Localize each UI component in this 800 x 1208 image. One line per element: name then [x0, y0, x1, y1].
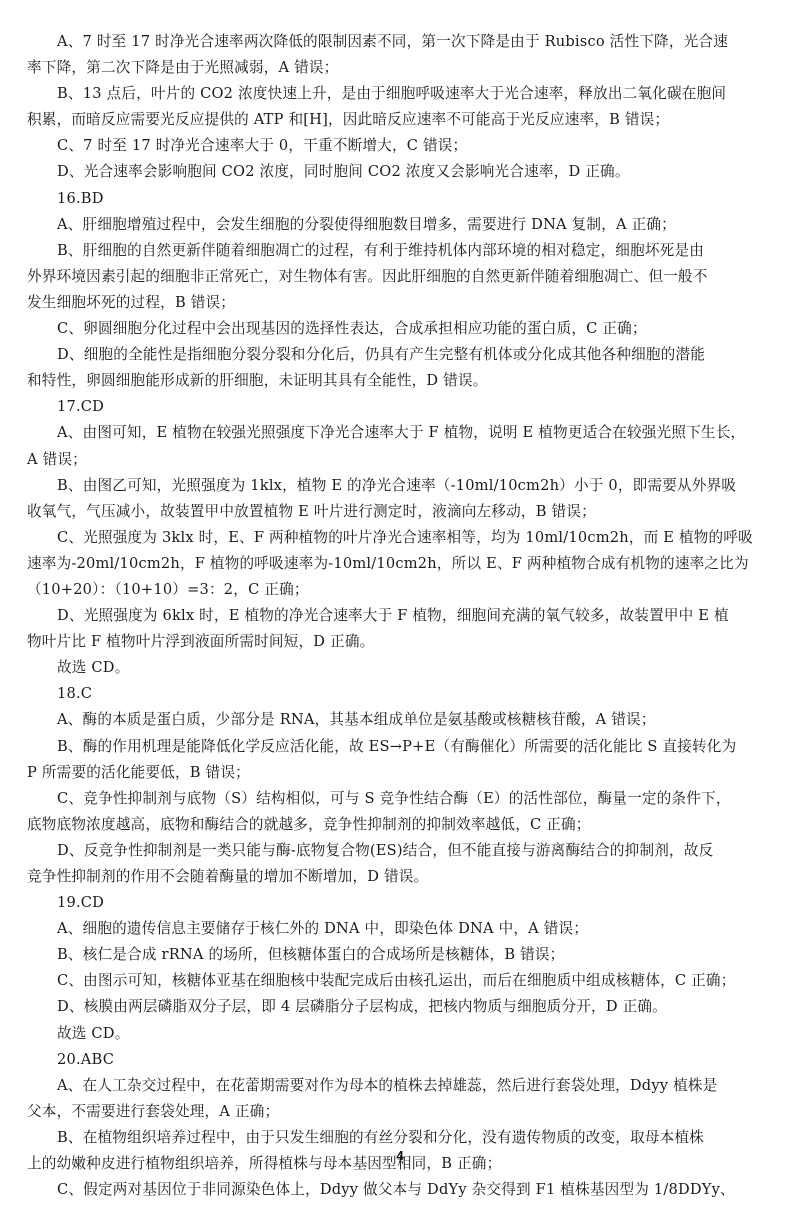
text-line: 17.CD [27, 394, 773, 420]
text-line: A 错误； [27, 447, 773, 473]
text-line: 收氧气，气压减小，故装置甲中放置植物 E 叶片进行测定时，液滴向左移动，B 错误… [27, 499, 773, 525]
text-line: 19.CD [27, 890, 773, 916]
text-line: B、肝细胞的自然更新伴随着细胞凋亡的过程，有利于维持机体内部环境的相对稳定，细胞… [27, 238, 773, 264]
text-line: D、核膜由两层磷脂双分子层，即 4 层磷脂分子层构成，把核内物质与细胞质分开，D… [27, 994, 773, 1020]
text-line: B、13 点后，叶片的 CO2 浓度快速上升，是由于细胞呼吸速率大于光合速率，释… [27, 81, 773, 107]
text-line: A、在人工杂交过程中，在花蕾期需要对作为母本的植株去掉雄蕊，然后进行套袋处理，D… [27, 1073, 773, 1099]
text-line: P 所需要的活化能要低，B 错误； [27, 760, 773, 786]
text-line: D、光照强度为 6klx 时，E 植物的净光合速率大于 F 植物，细胞间充满的氧… [27, 603, 773, 629]
text-line: 发生细胞坏死的过程，B 错误； [27, 290, 773, 316]
text-line: C、光照强度为 3klx 时，E、F 两种植物的叶片净光合速率相等，均为 10m… [27, 525, 773, 551]
text-line: D、光合速率会影响胞间 CO2 浓度，同时胞间 CO2 浓度又会影响光合速率，D… [27, 159, 773, 185]
text-line: B、酶的作用机理是能降低化学反应活化能，故 ES→P+E（有酶催化）所需要的活化… [27, 734, 773, 760]
text-line: A、肝细胞增殖过程中，会发生细胞的分裂使得细胞数目增多，需要进行 DNA 复制，… [27, 212, 773, 238]
text-line: C、卵圆细胞分化过程中会出现基因的选择性表达，合成承担相应功能的蛋白质，C 正确… [27, 316, 773, 342]
text-line: 20.ABC [27, 1047, 773, 1073]
text-line: B、由图乙可知，光照强度为 1klx，植物 E 的净光合速率（-10ml/10c… [27, 473, 773, 499]
text-line: B、核仁是合成 rRNA 的场所，但核糖体蛋白的合成场所是核糖体，B 错误； [27, 942, 773, 968]
text-line: 16.BD [27, 186, 773, 212]
page-number: 4 [0, 1148, 800, 1163]
text-line: A、由图可知，E 植物在较强光照强度下净光合速率大于 F 植物，说明 E 植物更… [27, 420, 773, 446]
text-line: 父本，不需要进行套袋处理，A 正确； [27, 1099, 773, 1125]
text-line: 故选 CD。 [27, 655, 773, 681]
text-line: （10+20）：（10+10）=3：2，C 正确； [27, 577, 773, 603]
text-line: C、竞争性抑制剂与底物（S）结构相似，可与 S 竞争性结合酶（E）的活性部位，酶… [27, 786, 773, 812]
text-line: C、假定两对基因位于非同源染色体上，Ddyy 做父本与 DdYy 杂交得到 F1… [27, 1177, 773, 1203]
text-line: 物叶片比 F 植物叶片浮到液面所需时间短，D 正确。 [27, 629, 773, 655]
text-line: C、7 时至 17 时净光合速率大于 0，干重不断增大，C 错误； [27, 133, 773, 159]
text-line: 速率为-20ml/10cm2h，F 植物的呼吸速率为-10ml/10cm2h，所… [27, 551, 773, 577]
text-line: D、细胞的全能性是指细胞分裂分裂和分化后，仍具有产生完整有机体或分化成其他各种细… [27, 342, 773, 368]
text-line: C、由图示可知，核糖体亚基在细胞核中装配完成后由核孔运出，而后在细胞质中组成核糖… [27, 968, 773, 994]
text-line: A、酶的本质是蛋白质，少部分是 RNA，其基本组成单位是氨基酸或核糖核苷酸，A … [27, 707, 773, 733]
text-line: A、细胞的遗传信息主要储存于核仁外的 DNA 中，即染色体 DNA 中，A 错误… [27, 916, 773, 942]
document-page: A、7 时至 17 时净光合速率两次降低的限制因素不同，第一次下降是由于 Rub… [27, 29, 773, 1203]
text-line: 竞争性抑制剂的作用不会随着酶量的增加不断增加，D 错误。 [27, 864, 773, 890]
text-line: 和特性，卵圆细胞能形成新的肝细胞，未证明其具有全能性，D 错误。 [27, 368, 773, 394]
text-line: D、反竞争性抑制剂是一类只能与酶-底物复合物(ES)结合，但不能直接与游离酶结合… [27, 838, 773, 864]
text-line: A、7 时至 17 时净光合速率两次降低的限制因素不同，第一次下降是由于 Rub… [27, 29, 773, 55]
text-line: 率下降，第二次下降是由于光照减弱，A 错误； [27, 55, 773, 81]
text-line: 故选 CD。 [27, 1021, 773, 1047]
text-line: 积累，而暗反应需要光反应提供的 ATP 和[H]，因此暗反应速率不可能高于光反应… [27, 107, 773, 133]
text-line: 外界环境因素引起的细胞非正常死亡，对生物体有害。因此肝细胞的自然更新伴随着细胞凋… [27, 264, 773, 290]
text-line: 18.C [27, 681, 773, 707]
text-line: 底物底物浓度越高，底物和酶结合的就越多，竞争性抑制剂的抑制效率越低，C 正确； [27, 812, 773, 838]
